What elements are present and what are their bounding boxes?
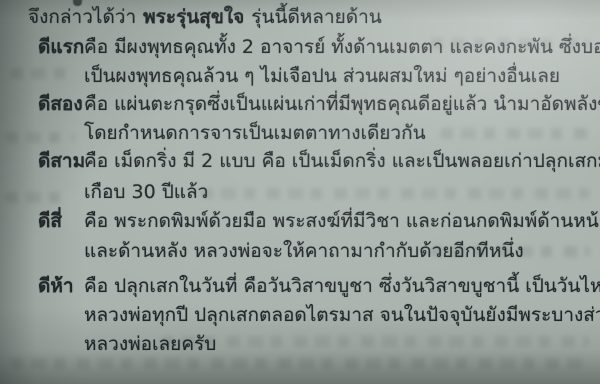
item-5-line-1: คือ ปลุกเสกในวันที่ คือวันวิสาขบูชา ซึ่ง… bbox=[84, 273, 600, 299]
photographed-book-page: จึงกล่าวได้ว่าพระรุ่นสุขใจรุ่นนี้ดีหลายด… bbox=[0, 0, 600, 384]
bleedthrough-artifact bbox=[5, 192, 70, 203]
bleedthrough-artifact bbox=[440, 128, 590, 139]
bleedthrough-artifact bbox=[160, 336, 590, 347]
intro-text-pre: จึงกล่าวได้ว่า bbox=[28, 6, 136, 28]
item-3-line-1: คือ เม็ดกริ่ง มี 2 แบบ คือ เป็นเม็ดกริ่ง… bbox=[84, 148, 600, 174]
item-4-line-1: คือ พระกดพิมพ์ด้วยมือ พระสงฆ์ที่มีวิชา แ… bbox=[84, 208, 600, 234]
intro-line: จึงกล่าวได้ว่าพระรุ่นสุขใจรุ่นนี้ดีหลายด… bbox=[28, 4, 389, 30]
item-1-line-2: เป็นผงพุทธคุณล้วน ๆ ไม่เจือปน ส่วนผสมใหม… bbox=[84, 63, 560, 89]
item-2-label: ดีสอง bbox=[38, 91, 83, 117]
bleedthrough-artifact bbox=[10, 68, 70, 79]
item-1-label: ดีแรก bbox=[38, 34, 84, 60]
item-4-line-2: และด้านหลัง หลวงพ่อจะให้คาถามากำกับด้วยอ… bbox=[84, 238, 524, 264]
item-5-line-2: หลวงพ่อทุกปี ปลุกเสกตลอดไตรมาส จนในปัจจุ… bbox=[84, 302, 600, 328]
item-2-line-2: โดยกำหนดการจารเป็นเมตตาทางเดียวกัน bbox=[84, 120, 426, 146]
item-3-label: ดีสาม bbox=[38, 148, 85, 174]
intro-text-bold: พระรุ่นสุขใจ bbox=[143, 6, 244, 28]
item-4-label: ดีสี่ bbox=[38, 208, 62, 234]
bleedthrough-artifact bbox=[5, 132, 75, 143]
item-5-label: ดีห้า bbox=[38, 273, 74, 299]
item-3-line-2: เกือบ 30 ปีแล้ว bbox=[84, 179, 208, 205]
item-1-line-1: คือ มีผงพุทธคุณทั้ง 2 อาจารย์ ทั้งด้านเม… bbox=[84, 34, 600, 60]
intro-text-post: รุ่นนี้ดีหลายด้าน bbox=[251, 6, 382, 28]
item-2-line-1: คือ แผ่นตะกรุดซึ่งเป็นแผ่นเก่าที่มีพุทธค… bbox=[84, 91, 600, 117]
bleedthrough-artifact bbox=[200, 188, 590, 199]
bleedthrough-artifact bbox=[10, 358, 590, 369]
item-5-line-3: หลวงพ่อเลยครับ bbox=[84, 331, 216, 357]
